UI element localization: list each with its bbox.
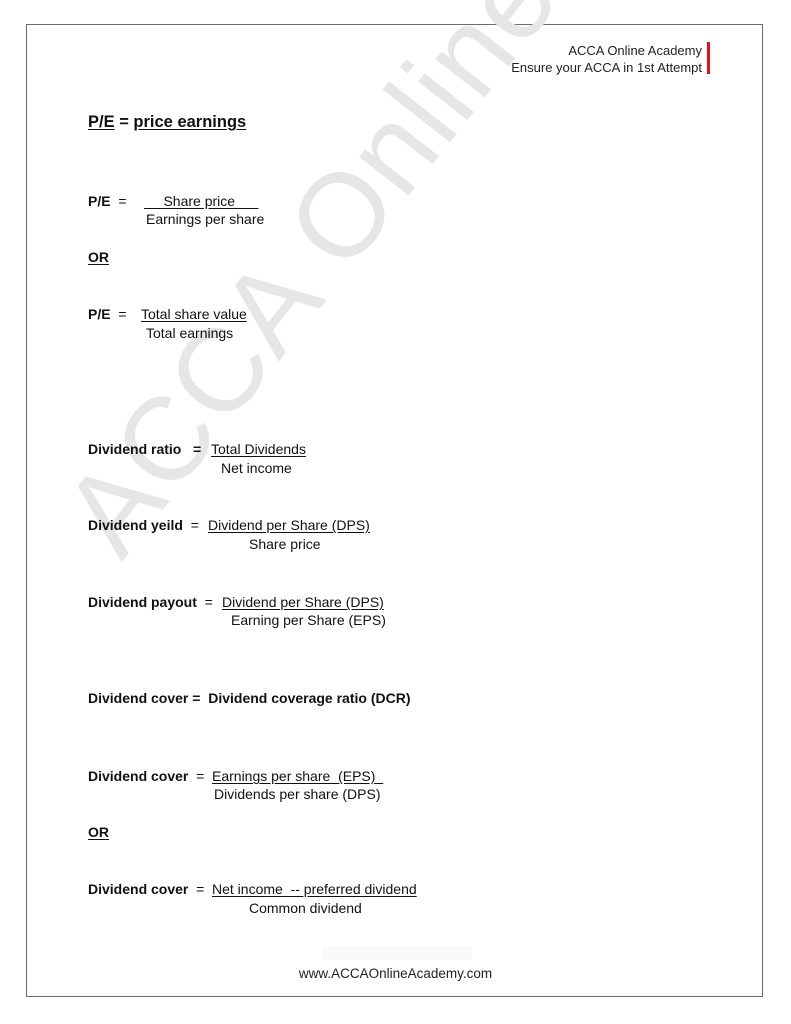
formula-label: P/E <box>88 306 111 322</box>
numerator: Total share value <box>141 306 247 322</box>
equals-sign: = <box>183 517 199 533</box>
formula-dividend-cover-2: Dividend cover = <box>88 881 204 897</box>
denominator: Share price <box>249 536 321 552</box>
formula-label: P/E <box>88 193 111 209</box>
formula-pe-1: P/E = <box>88 193 127 209</box>
header-tagline: Ensure your ACCA in 1st Attempt <box>511 59 702 76</box>
denominator: Dividends per share (DPS) <box>214 786 381 802</box>
page-title: P/E = price earnings <box>88 113 246 132</box>
equals-sign: = <box>111 306 127 322</box>
formula-pe-2: P/E = <box>88 306 127 322</box>
formula-dividend-ratio: Dividend ratio = <box>88 441 201 457</box>
numerator: Share price <box>144 193 258 209</box>
formula-label: Dividend cover <box>88 768 188 784</box>
numerator: Earnings per share (EPS) <box>212 768 383 784</box>
formula-dividend-cover-1: Dividend cover = <box>88 768 204 784</box>
equals-sign: = <box>181 441 201 457</box>
header-accent-bar <box>707 42 710 74</box>
equals-sign: = <box>188 881 204 897</box>
numerator: Dividend per Share (DPS) <box>208 517 370 533</box>
header: ACCA Online Academy Ensure your ACCA in … <box>511 42 702 76</box>
or-separator: OR <box>88 824 109 840</box>
equals-sign: = <box>197 594 213 610</box>
formula-label: Dividend ratio <box>88 441 181 457</box>
header-brand: ACCA Online Academy <box>511 42 702 59</box>
footer-shade <box>322 946 472 960</box>
equals-sign: = <box>188 768 204 784</box>
numerator: Net income -- preferred dividend <box>212 881 417 897</box>
denominator: Earning per Share (EPS) <box>231 612 386 628</box>
title-lhs: P/E <box>88 113 115 131</box>
formula-label: Dividend cover <box>88 881 188 897</box>
definition-text: Dividend coverage ratio (DCR) <box>208 690 410 706</box>
numerator: Dividend per Share (DPS) <box>222 594 384 610</box>
footer-url[interactable]: www.ACCAOnlineAcademy.com <box>0 966 791 981</box>
title-rhs: price earnings <box>133 113 246 131</box>
denominator: Common dividend <box>249 900 362 916</box>
or-separator: OR <box>88 249 109 265</box>
title-eq: = <box>115 113 134 131</box>
equals-sign: = <box>111 193 127 209</box>
formula-dividend-yield: Dividend yeild = <box>88 517 199 533</box>
numerator: Total Dividends <box>211 441 306 457</box>
formula-label: Dividend yeild <box>88 517 183 533</box>
formula-label: Dividend cover = <box>88 690 200 706</box>
formula-label: Dividend payout <box>88 594 197 610</box>
formula-dividend-payout: Dividend payout = <box>88 594 213 610</box>
denominator: Earnings per share <box>146 211 264 227</box>
denominator: Total earnings <box>146 325 233 341</box>
denominator: Net income <box>221 460 292 476</box>
formula-dividend-cover-definition: Dividend cover = Dividend coverage ratio… <box>88 690 410 706</box>
